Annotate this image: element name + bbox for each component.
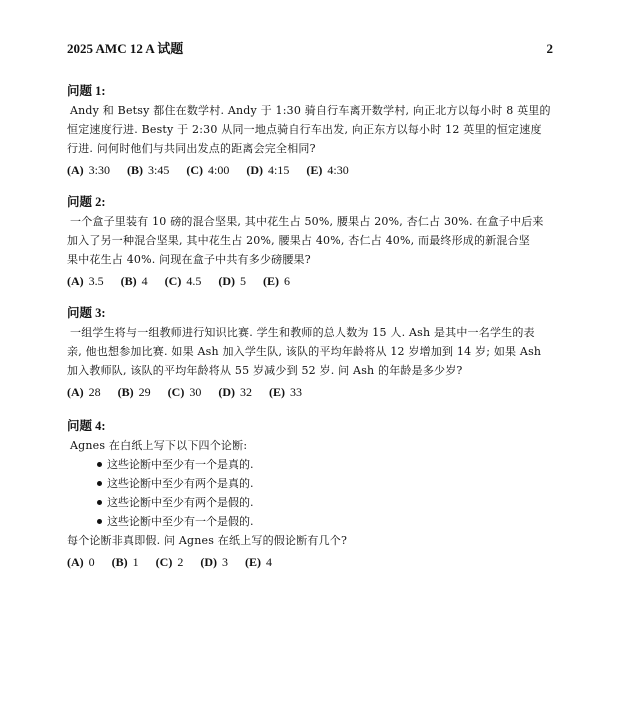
- problem-text-line: 行进. 问何时他们与共同出发点的距离会完全相同?: [67, 139, 555, 158]
- problem-2: 问题 2: 一个盒子里装有 10 磅的混合坚果, 其中花生占 50%, 腰果占 …: [67, 193, 555, 291]
- problem-title: 问题 2:: [67, 193, 555, 212]
- problem-text-line: 一个盒子里装有 10 磅的混合坚果, 其中花生占 50%, 腰果占 20%, 杏…: [67, 212, 555, 231]
- choice-d: (D)3: [200, 555, 228, 569]
- bullet-icon: [97, 481, 102, 486]
- choice-c: (C)2: [156, 555, 184, 569]
- problem-intro: Agnes 在白纸上写下以下四个论断:: [67, 436, 555, 455]
- problem-outro: 每个论断非真即假. 问 Agnes 在纸上写的假论断有几个?: [67, 531, 555, 550]
- choice-a: (A)3.5: [67, 274, 104, 288]
- problem-4: 问题 4: Agnes 在白纸上写下以下四个论断: 这些论断中至少有一个是真的.…: [67, 417, 555, 572]
- choice-a: (A)0: [67, 555, 95, 569]
- choice-a: (A)3:30: [67, 163, 110, 177]
- choice-e: (E)4:30: [306, 163, 348, 177]
- choice-e: (E)33: [269, 385, 302, 399]
- answer-choices: (A)3.5 (B)4 (C)4.5 (D)5 (E)6: [67, 272, 555, 291]
- problem-3: 问题 3: 一组学生将与一组教师进行知识比赛. 学生和教师的总人数为 15 人.…: [67, 304, 555, 402]
- choice-c: (C)4:00: [186, 163, 229, 177]
- problem-text-line: 果中花生占 40%. 问现在盒子中共有多少磅腰果?: [67, 250, 555, 269]
- bullet-icon: [97, 500, 102, 505]
- choice-d: (D)4:15: [246, 163, 289, 177]
- choice-b: (B)29: [118, 385, 151, 399]
- choice-d: (D)32: [218, 385, 252, 399]
- bullet-icon: [97, 462, 102, 467]
- choice-e: (E)6: [263, 274, 290, 288]
- choice-a: (A)28: [67, 385, 101, 399]
- statement-item: 这些论断中至少有两个是真的.: [97, 474, 555, 493]
- problem-title: 问题 3:: [67, 304, 555, 323]
- problem-text-line: 一组学生将与一组教师进行知识比赛. 学生和教师的总人数为 15 人. Ash 是…: [67, 323, 555, 342]
- bullet-icon: [97, 519, 102, 524]
- page-number: 2: [547, 41, 554, 57]
- problem-title: 问题 4:: [67, 417, 555, 436]
- answer-choices: (A)0 (B)1 (C)2 (D)3 (E)4: [67, 553, 555, 572]
- problem-text-line: Andy 和 Betsy 都住在数学村. Andy 于 1:30 骑自行车离开数…: [67, 101, 555, 120]
- problem-title: 问题 1:: [67, 82, 555, 101]
- problem-text-line: 加入教师队, 该队的平均年龄将从 55 岁减少到 52 岁. 问 Ash 的年龄…: [67, 361, 555, 380]
- choice-c: (C)30: [168, 385, 202, 399]
- problem-text-line: 亲, 他也想参加比赛. 如果 Ash 加入学生队, 该队的平均年龄将从 12 岁…: [67, 342, 555, 361]
- statement-item: 这些论断中至少有一个是假的.: [97, 512, 555, 531]
- choice-b: (B)4: [121, 274, 148, 288]
- statement-item: 这些论断中至少有一个是真的.: [97, 455, 555, 474]
- choice-b: (B)3:45: [127, 163, 169, 177]
- answer-choices: (A)3:30 (B)3:45 (C)4:00 (D)4:15 (E)4:30: [67, 161, 555, 180]
- choice-c: (C)4.5: [165, 274, 202, 288]
- choice-e: (E)4: [245, 555, 272, 569]
- problem-text-line: 恒定速度行进. Besty 于 2:30 从同一地点骑自行车出发, 向正东方以每…: [67, 120, 555, 139]
- choice-d: (D)5: [218, 274, 246, 288]
- problem-1: 问题 1: Andy 和 Betsy 都住在数学村. Andy 于 1:30 骑…: [67, 82, 555, 180]
- page-header: 2025 AMC 12 A 试题 2: [67, 38, 553, 57]
- answer-choices: (A)28 (B)29 (C)30 (D)32 (E)33: [67, 383, 555, 402]
- statement-list: 这些论断中至少有一个是真的. 这些论断中至少有两个是真的. 这些论断中至少有两个…: [67, 455, 555, 531]
- document-title: 2025 AMC 12 A 试题: [67, 38, 183, 57]
- problem-text-line: 加入了另一种混合坚果, 其中花生占 20%, 腰果占 40%, 杏仁占 40%,…: [67, 231, 555, 250]
- choice-b: (B)1: [112, 555, 139, 569]
- statement-item: 这些论断中至少有两个是假的.: [97, 493, 555, 512]
